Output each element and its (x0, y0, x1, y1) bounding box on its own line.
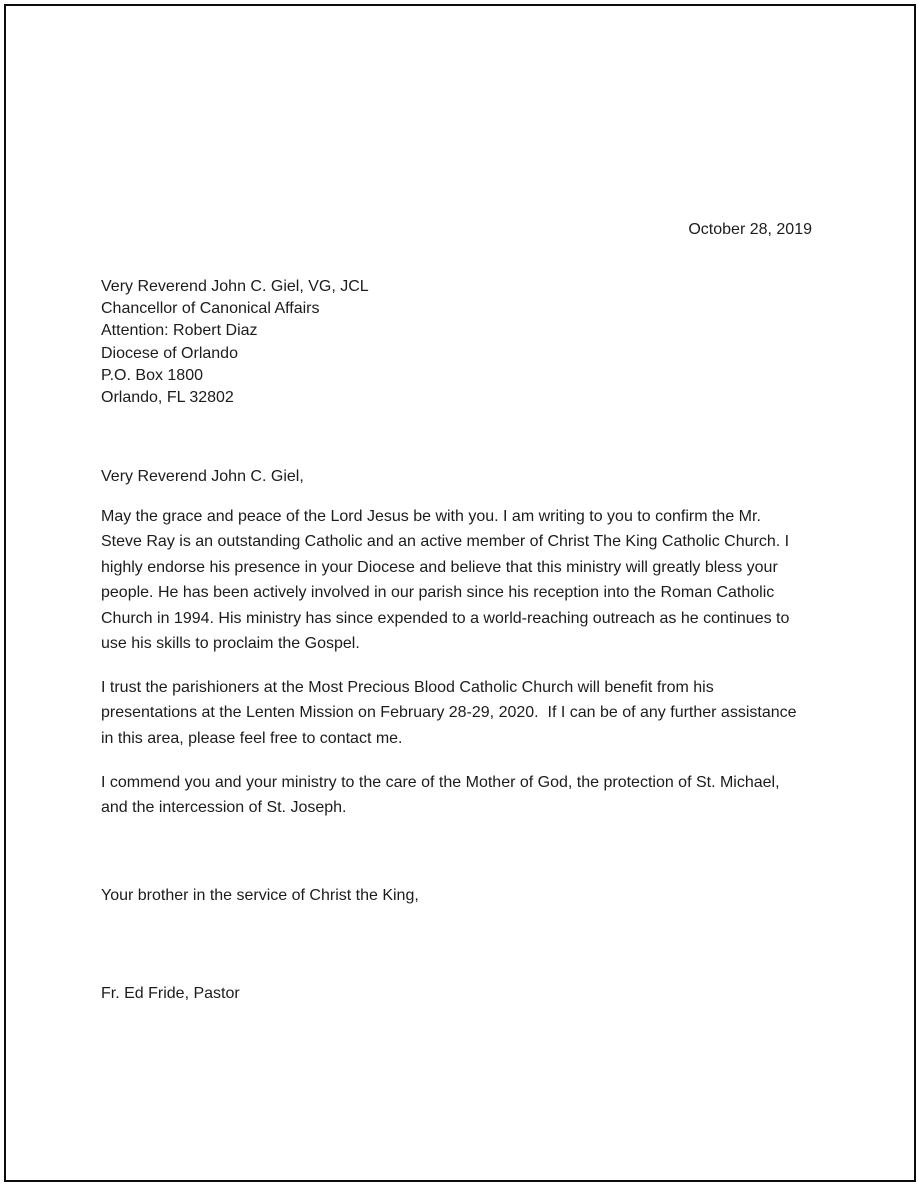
letter-closing: Your brother in the service of Christ th… (101, 883, 419, 908)
recipient-address-block: Very Reverend John C. Giel, VG, JCL Chan… (101, 276, 369, 409)
body-paragraph: May the grace and peace of the Lord Jesu… (101, 504, 801, 656)
recipient-city-line: Orlando, FL 32802 (101, 387, 369, 409)
recipient-organization-line: Diocese of Orlando (101, 343, 369, 365)
recipient-name-line: Very Reverend John C. Giel, VG, JCL (101, 276, 369, 298)
letter-page: October 28, 2019 Very Reverend John C. G… (0, 0, 918, 1184)
letter-salutation: Very Reverend John C. Giel, (101, 464, 304, 489)
letter-signature: Fr. Ed Fride, Pastor (101, 981, 240, 1006)
recipient-title-line: Chancellor of Canonical Affairs (101, 298, 369, 320)
letter-date: October 28, 2019 (688, 217, 812, 242)
recipient-pobox-line: P.O. Box 1800 (101, 365, 369, 387)
recipient-attention-line: Attention: Robert Diaz (101, 320, 369, 342)
body-paragraph: I trust the parishioners at the Most Pre… (101, 675, 801, 751)
body-paragraph: I commend you and your ministry to the c… (101, 770, 801, 821)
